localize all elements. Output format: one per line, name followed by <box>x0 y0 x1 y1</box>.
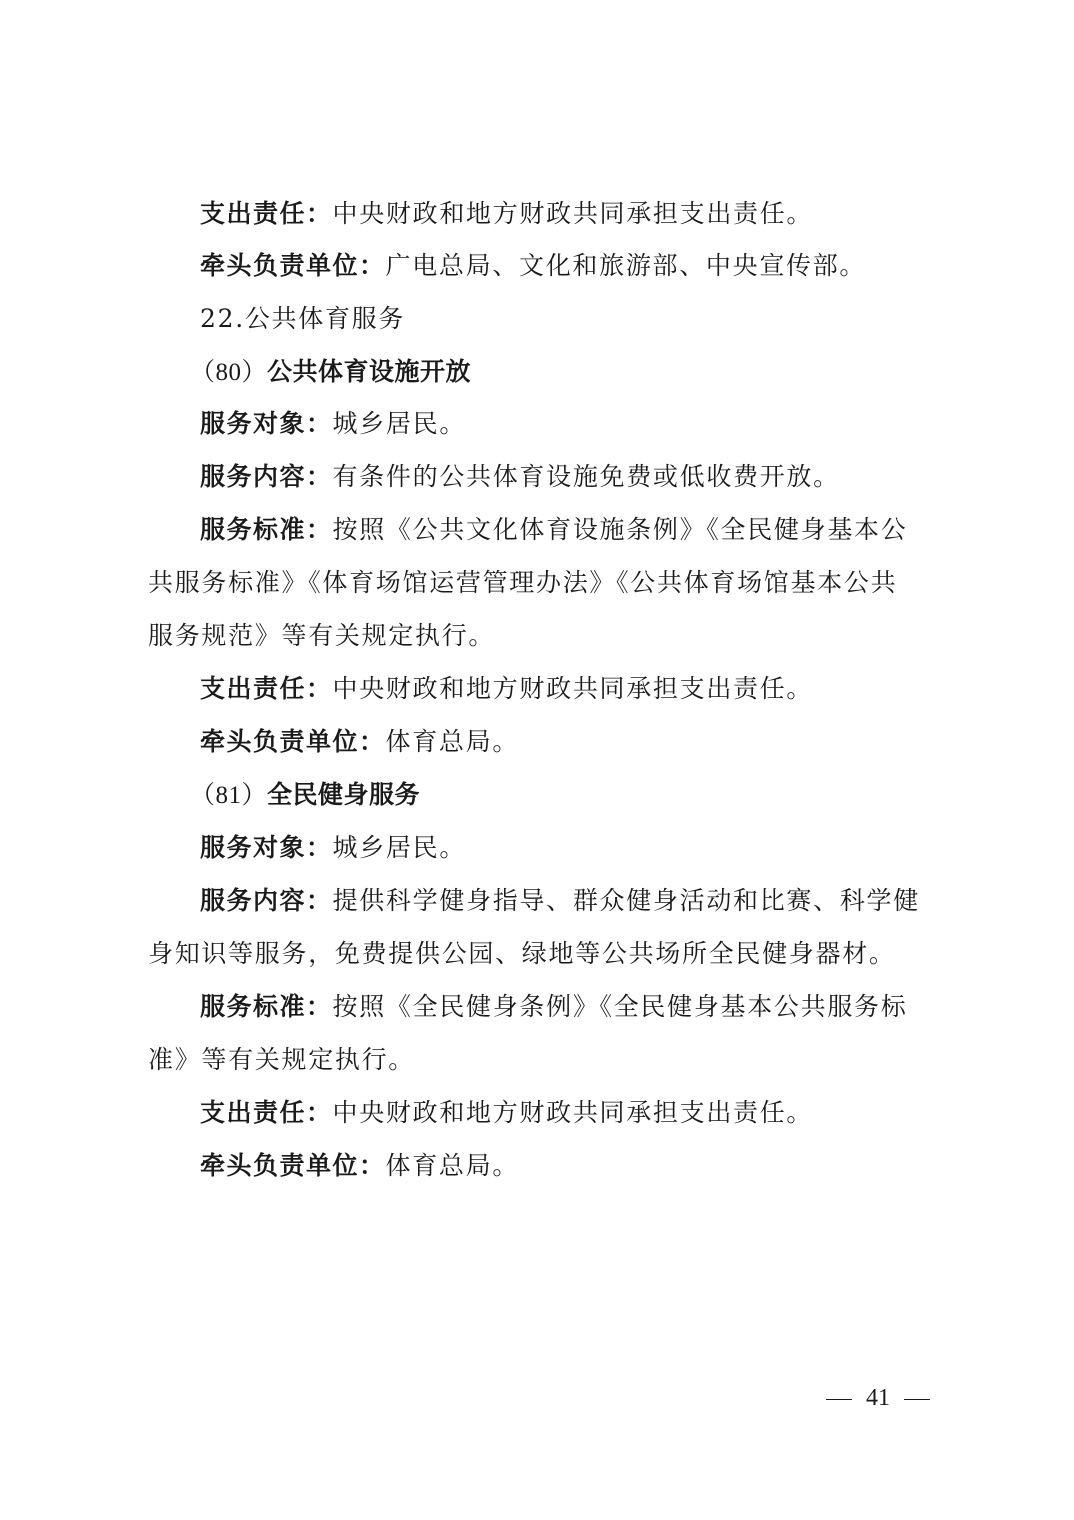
service-target-line: 服务对象：城乡居民。 <box>200 831 466 865</box>
item-heading-81: （81）全民健身服务 <box>190 778 420 813</box>
field-value: 中央财政和地方财政共同承担支出责任。 <box>333 199 814 228</box>
field-value: 共服务标准》《体育场馆运营管理办法》《公共体育场馆基本公共 <box>148 568 897 597</box>
field-label: 服务标准： <box>200 515 333 544</box>
page-number: 41 <box>866 1385 890 1411</box>
service-content-line: 服务内容：有条件的公共体育设施免费或低收费开放。 <box>200 460 840 494</box>
field-value: 按照《全民健身条例》《全民健身基本公共服务标 <box>333 992 908 1021</box>
field-value: 中央财政和地方财政共同承担支出责任。 <box>333 674 814 703</box>
field-value: 广电总局、文化和旅游部、中央宣传部。 <box>386 251 867 280</box>
field-label: 牵头负责单位： <box>200 1151 386 1180</box>
field-value: 准》等有关规定执行。 <box>148 1045 415 1074</box>
field-value: 中央财政和地方财政共同承担支出责任。 <box>333 1098 814 1127</box>
lead-unit-line: 牵头负责单位：体育总局。 <box>200 725 519 759</box>
item-title: 公共体育设施开放 <box>267 357 471 386</box>
service-standard-line: 服务标准：按照《全民健身条例》《全民健身基本公共服务标 <box>200 990 907 1024</box>
service-standard-continuation: 服务规范》等有关规定执行。 <box>148 619 495 653</box>
document-page: 支出责任：中央财政和地方财政共同承担支出责任。 牵头负责单位：广电总局、文化和旅… <box>0 0 1074 1520</box>
field-value: 体育总局。 <box>386 1151 520 1180</box>
service-standard-continuation: 准》等有关规定执行。 <box>148 1043 415 1077</box>
dash-left <box>826 1399 852 1400</box>
item-number: （81） <box>190 782 267 809</box>
field-label: 支出责任： <box>200 199 333 228</box>
field-value: 体育总局。 <box>386 727 520 756</box>
field-label: 服务内容： <box>200 886 333 915</box>
dash-right <box>904 1399 930 1400</box>
field-label: 服务对象： <box>200 409 333 438</box>
section-heading-22: 22.公共体育服务 <box>200 302 405 336</box>
expenditure-responsibility-line: 支出责任：中央财政和地方财政共同承担支出责任。 <box>200 1096 813 1130</box>
item-number: （80） <box>190 359 267 386</box>
item-title: 全民健身服务 <box>267 780 420 809</box>
expenditure-responsibility-line: 支出责任：中央财政和地方财政共同承担支出责任。 <box>200 672 813 706</box>
page-number-footer: 41 <box>826 1383 930 1413</box>
field-label: 牵头负责单位： <box>200 251 386 280</box>
expenditure-responsibility-line: 支出责任：中央财政和地方财政共同承担支出责任。 <box>200 197 813 231</box>
field-label: 服务对象： <box>200 833 333 862</box>
field-value: 身知识等服务，免费提供公园、绿地等公共场所全民健身器材。 <box>148 939 896 968</box>
field-value: 城乡居民。 <box>333 833 467 862</box>
field-value: 有条件的公共体育设施免费或低收费开放。 <box>333 462 840 491</box>
service-content-continuation: 身知识等服务，免费提供公园、绿地等公共场所全民健身器材。 <box>148 937 896 971</box>
field-label: 服务标准： <box>200 992 333 1021</box>
service-content-line: 服务内容：提供科学健身指导、群众健身活动和比赛、科学健 <box>200 884 920 918</box>
field-label: 牵头负责单位： <box>200 727 386 756</box>
lead-unit-line: 牵头负责单位：体育总局。 <box>200 1149 519 1183</box>
field-value: 提供科学健身指导、群众健身活动和比赛、科学健 <box>333 886 920 915</box>
section-title: 22.公共体育服务 <box>200 304 405 333</box>
field-value: 城乡居民。 <box>333 409 467 438</box>
item-heading-80: （80）公共体育设施开放 <box>190 355 471 390</box>
field-value: 按照《公共文化体育设施条例》《全民健身基本公 <box>333 515 908 544</box>
service-standard-line: 服务标准：按照《公共文化体育设施条例》《全民健身基本公 <box>200 513 907 547</box>
lead-unit-line: 牵头负责单位：广电总局、文化和旅游部、中央宣传部。 <box>200 249 866 283</box>
field-label: 服务内容： <box>200 462 333 491</box>
field-label: 支出责任： <box>200 1098 333 1127</box>
service-target-line: 服务对象：城乡居民。 <box>200 407 466 441</box>
field-label: 支出责任： <box>200 674 333 703</box>
service-standard-continuation: 共服务标准》《体育场馆运营管理办法》《公共体育场馆基本公共 <box>148 566 897 600</box>
field-value: 服务规范》等有关规定执行。 <box>148 621 495 650</box>
